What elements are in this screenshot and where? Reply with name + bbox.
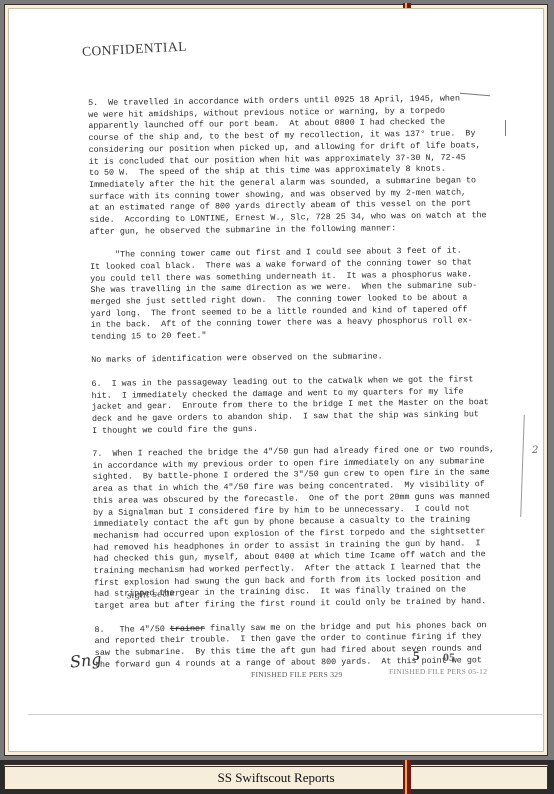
page-number: 5 [413,648,420,664]
page-code-stamp: 05 [443,650,455,665]
report-paragraph: 7. When I reached the bridge the 4"/50 g… [92,444,534,613]
report-paragraph: "The conning tower came out first and I … [90,245,531,344]
file-stamp: FINISHED FILE PERS 05-12 [389,667,487,676]
report-paragraph: 5. We travelled in accordance with order… [88,93,530,239]
caption-title: SS Swiftscout Reports [5,770,547,786]
typed-report-body: 5. We travelled in accordance with order… [88,93,535,672]
margin-annotation: 2 [532,445,538,456]
report-paragraph: 8. The 4"/50 trainer finally saw me on t… [94,619,535,671]
struck-word: trainer [170,623,205,633]
ribbon-bottom-decoration [403,760,411,794]
report-paragraph: 6. I was in the passageway leading out t… [91,373,532,437]
ribbon-top-decoration [403,3,411,8]
initials-signature: Sng [69,649,102,671]
caption-bar: SS Swiftscout Reports [4,764,548,790]
page-rule [28,714,544,715]
file-stamp: FINISHED FILE PERS 329 [251,670,342,679]
